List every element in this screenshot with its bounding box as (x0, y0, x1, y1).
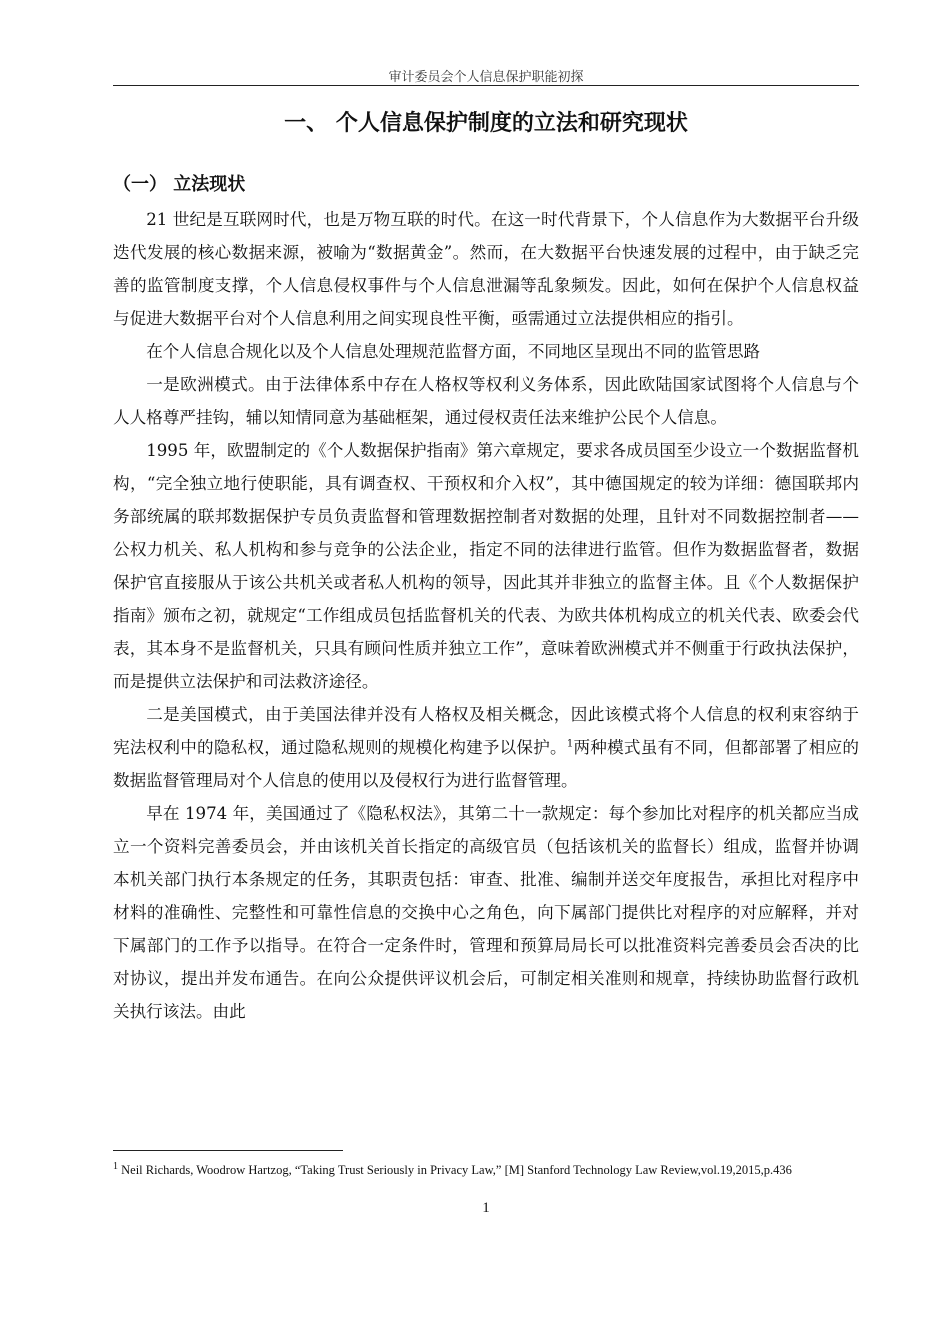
footnote-separator (113, 1150, 343, 1151)
footnote-text: Neil Richards, Woodrow Hartzog, “Taking … (118, 1163, 792, 1177)
body-text: 21 世纪是互联网时代，也是万物互联的时代。在这一时代背景下，个人信息作为大数据… (113, 203, 859, 1028)
paragraph: 21 世纪是互联网时代，也是万物互联的时代。在这一时代背景下，个人信息作为大数据… (113, 203, 859, 335)
page-number: 1 (113, 1200, 859, 1217)
paragraph-us-model: 二是美国模式，由于美国法律并没有人格权及相关概念，因此该模式将个人信息的权利束容… (113, 698, 859, 797)
header-rule (113, 85, 859, 86)
paragraph: 早在 1974 年，美国通过了《隐私权法》，其第二十一款规定：每个参加比对程序的… (113, 797, 859, 1028)
paragraph: 一是欧洲模式。由于法律体系中存在人格权等权利义务体系，因此欧陆国家试图将个人信息… (113, 368, 859, 434)
section-heading: 一、 个人信息保护制度的立法和研究现状 (113, 106, 859, 137)
running-header: 审计委员会个人信息保护职能初探 (113, 66, 859, 85)
subsection-heading: （一） 立法现状 (113, 170, 245, 196)
footnote: 1 Neil Richards, Woodrow Hartzog, “Takin… (113, 1160, 859, 1181)
paragraph: 在个人信息合规化以及个人信息处理规范监督方面，不同地区呈现出不同的监管思路 (113, 335, 859, 368)
paragraph: 1995 年，欧盟制定的《个人数据保护指南》第六章规定，要求各成员国至少设立一个… (113, 434, 859, 698)
